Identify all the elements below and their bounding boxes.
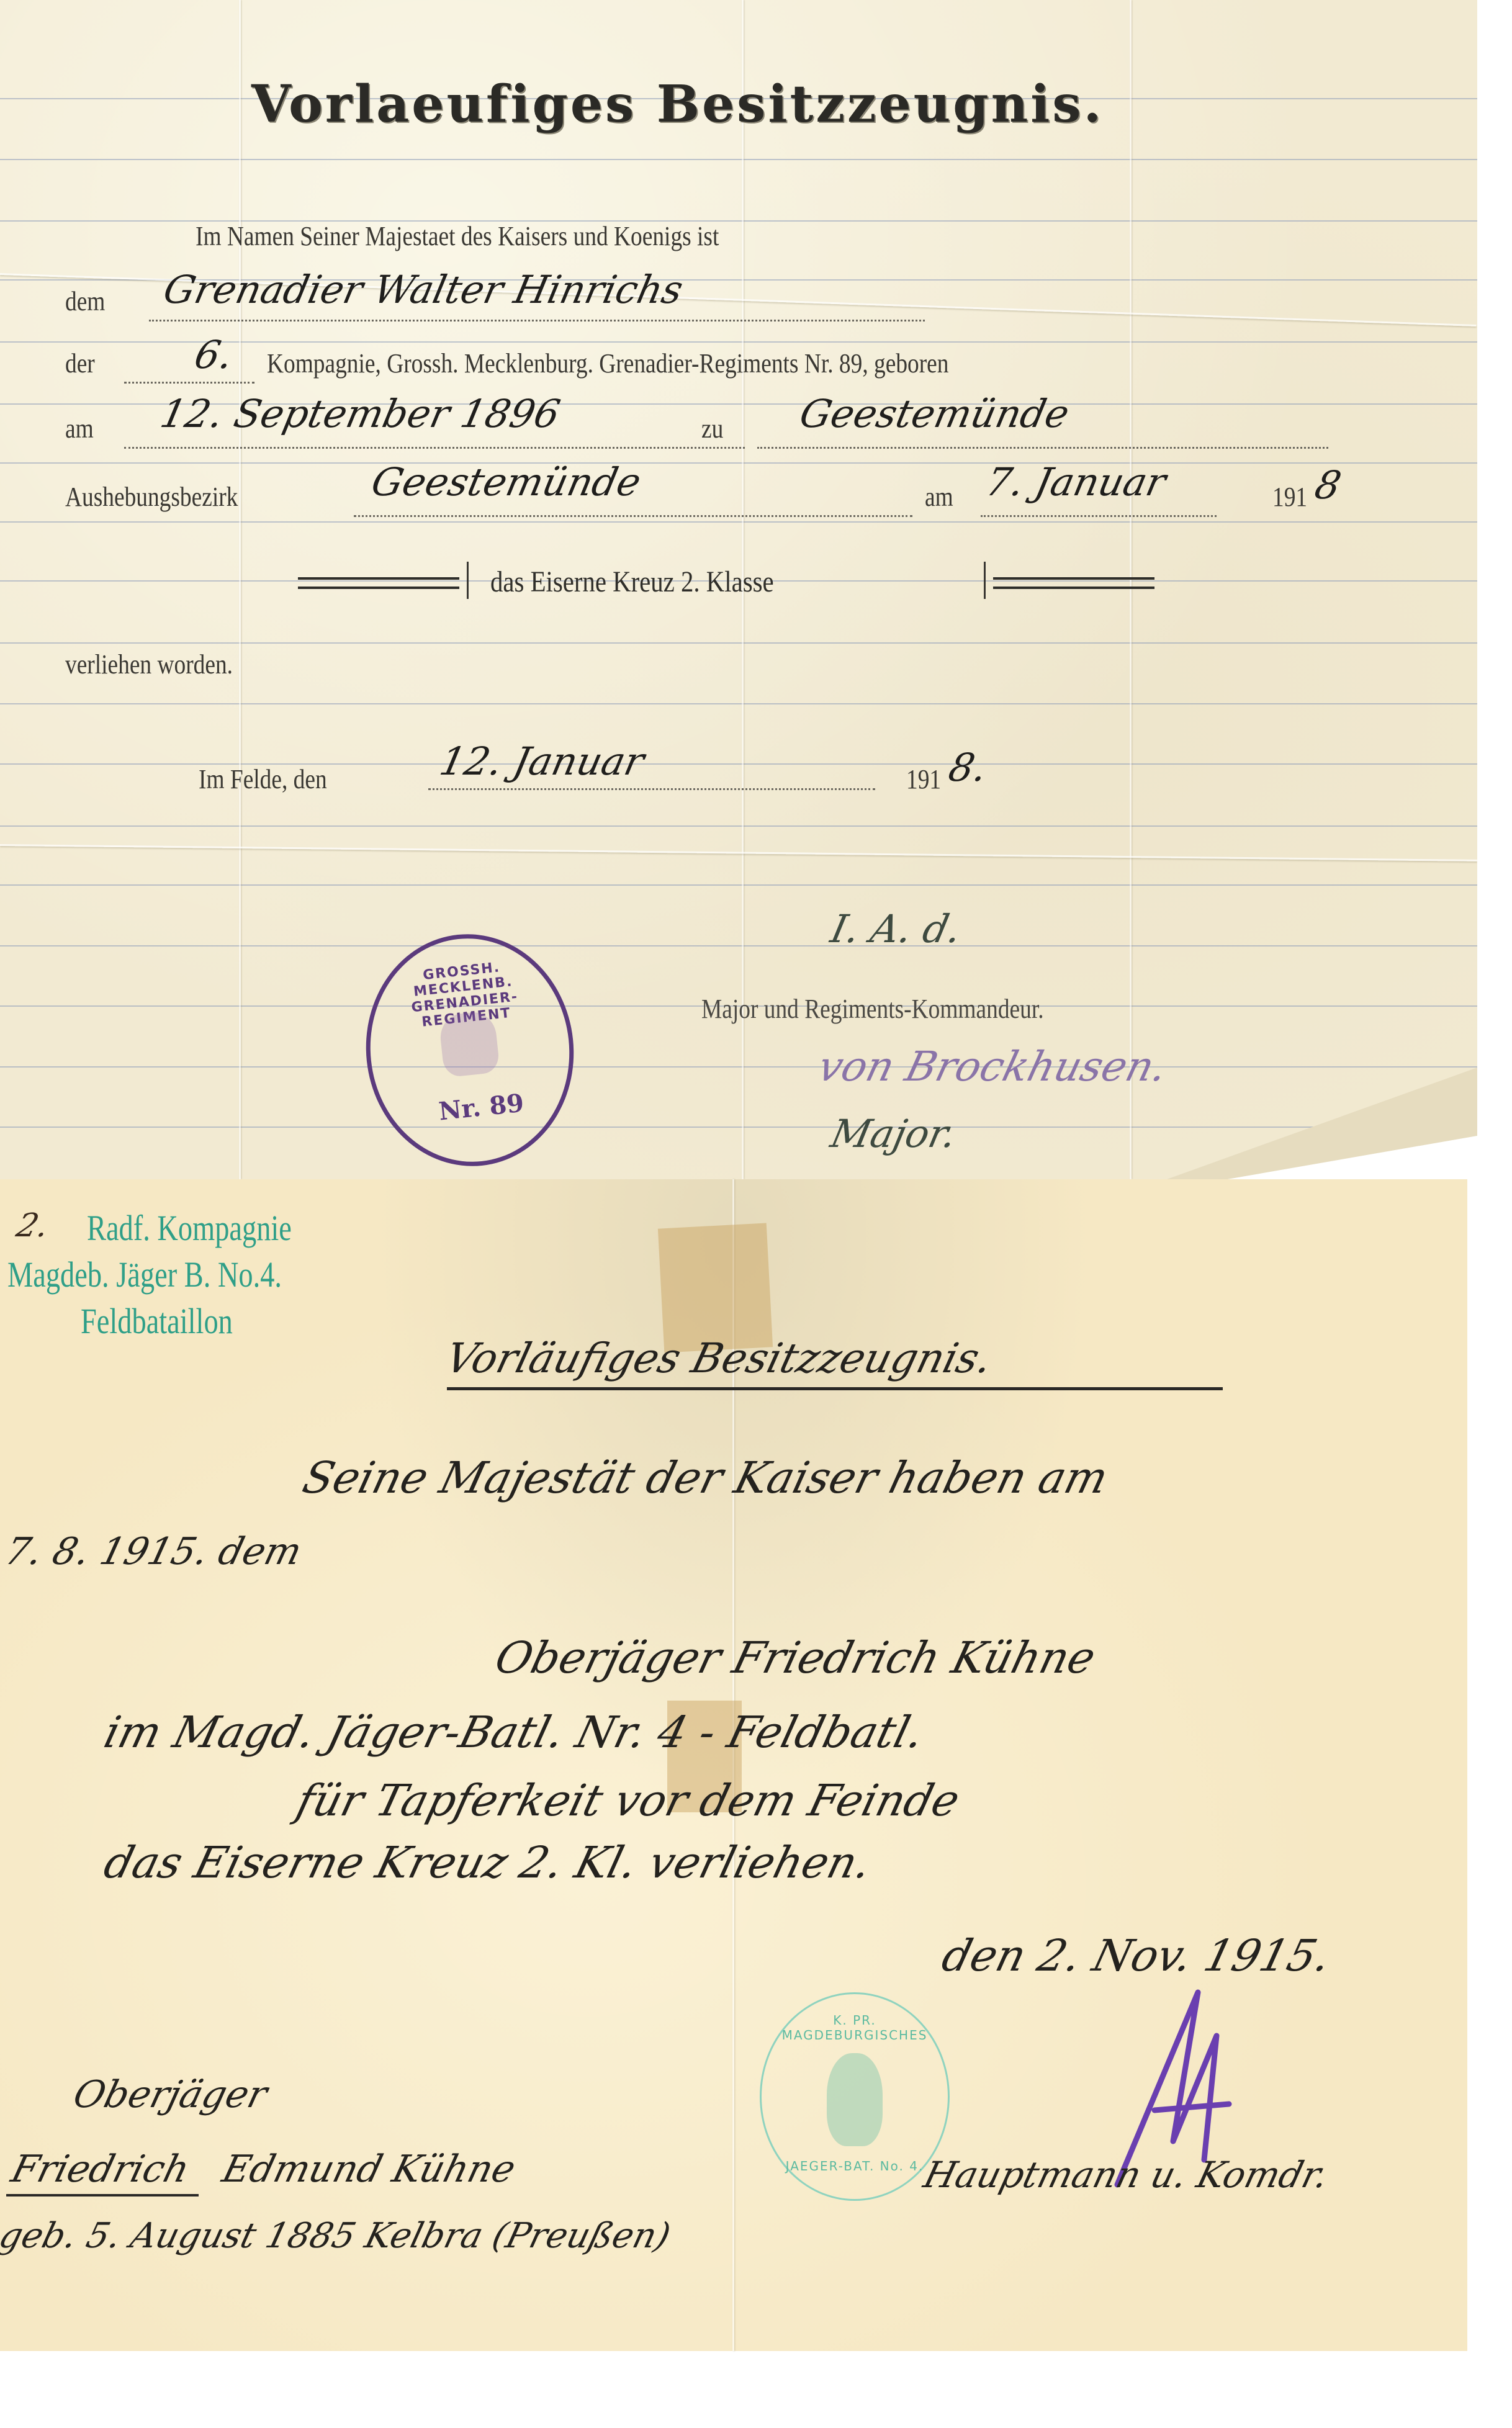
label-aushebungsbezirk: Aushebungsbezirk xyxy=(65,481,238,513)
eagle-emblem-icon xyxy=(827,2053,883,2146)
unit-stamp-line-3: Feldbataillon xyxy=(81,1303,233,1339)
body-line-5: für Tapferkeit vor dem Feinde xyxy=(292,1775,965,1826)
seal-ring-text-top: K. PR. MAGDEBURGISCHES xyxy=(768,2013,942,2043)
award-dash-left xyxy=(298,577,459,580)
label-dem: dem xyxy=(65,286,105,317)
fill-line xyxy=(428,788,875,790)
authority-abbreviation: I. A. d. xyxy=(827,906,965,951)
ruled-line xyxy=(0,825,1477,827)
ruled-line xyxy=(0,1126,1477,1128)
body-line-1: Seine Majestät der Kaiser haben am xyxy=(298,1452,1114,1503)
tape-patch xyxy=(658,1223,773,1353)
battalion-seal: K. PR. MAGDEBURGISCHES JAEGER-BAT. No. 4… xyxy=(760,1992,950,2201)
issue-year-suffix: 8. xyxy=(945,745,991,790)
recruitment-district: Geestemünde xyxy=(367,459,645,505)
stamp-number: Nr. 89 xyxy=(438,1089,526,1126)
fill-line xyxy=(354,515,912,517)
year-prefix: 191 xyxy=(1272,481,1307,513)
handwritten-title: Vorläufiges Besitzzeugnis. xyxy=(441,1334,997,1382)
company-number: 6. xyxy=(191,332,237,377)
award-bracket xyxy=(984,562,986,599)
place-date-label: Im Felde, den xyxy=(199,763,327,795)
ruled-line xyxy=(0,1066,1477,1068)
fill-line xyxy=(757,447,1328,449)
paper-crease xyxy=(0,844,1477,861)
regiment-text: Kompagnie, Grossh. Mecklenburg. Grenadie… xyxy=(267,348,948,379)
commander-signature: von Brockhusen. xyxy=(813,1043,1172,1090)
label-am: am xyxy=(65,413,94,444)
regiment-stamp: GROSSH. MECKLENB. GRENADIER-REGIMENT Nr.… xyxy=(354,924,585,1177)
body-line-6: das Eiserne Kreuz 2. Kl. verliehen. xyxy=(99,1837,876,1888)
holder-given-name: Friedrich xyxy=(7,2147,194,2191)
fill-line xyxy=(981,515,1217,517)
ruled-line xyxy=(0,462,1477,464)
holder-rank: Oberjäger xyxy=(69,2073,271,2116)
label-am-2: am xyxy=(925,481,953,513)
ruled-line xyxy=(0,945,1477,946)
fill-line xyxy=(124,382,254,384)
document-title: Vorlaeufiges Besitzzeugnis. xyxy=(251,74,1104,134)
fill-line xyxy=(124,447,745,449)
ruled-line xyxy=(0,521,1477,523)
body-line-2: 7. 8. 1915. dem xyxy=(1,1530,306,1573)
body-line-4: im Magd. Jäger-Batl. Nr. 4 - Feldbatl. xyxy=(99,1707,929,1758)
recipient-name: Grenadier Walter Hinrichs xyxy=(160,267,687,312)
holder-rest-name: Edmund Kühne xyxy=(218,2147,520,2191)
commander-title: Major und Regiments-Kommandeur. xyxy=(701,993,1044,1025)
ruled-line xyxy=(0,642,1477,644)
award-bracket xyxy=(467,562,469,599)
award-dash-right xyxy=(993,577,1154,580)
signature-rank: Major. xyxy=(827,1111,960,1156)
ruled-line xyxy=(0,159,1477,160)
seal-ring-text-bottom: JAEGER-BAT. No. 4. xyxy=(768,2159,942,2174)
unit-stamp-line-2: Magdeb. Jäger B. No.4. xyxy=(7,1257,282,1293)
body-line-3: Oberjäger Friedrich Kühne xyxy=(490,1632,1100,1683)
given-name-underline xyxy=(6,2194,199,2196)
award-dash-right xyxy=(993,587,1154,589)
paper-fold xyxy=(1130,0,1132,1179)
paper-fold xyxy=(239,0,241,1179)
issue-year-prefix: 191 xyxy=(906,763,941,795)
issue-date-1915: den 2. Nov. 1915. xyxy=(937,1930,1336,1981)
birth-place: Geestemünde xyxy=(796,391,1073,436)
year-suffix: 8 xyxy=(1311,462,1345,508)
title-underline xyxy=(447,1387,1223,1390)
conferred-text: verliehen worden. xyxy=(65,649,233,680)
signatory-title: Hauptmann u. Komdr. xyxy=(920,2154,1333,2196)
issue-date: 12. Januar xyxy=(436,739,648,784)
award-name: das Eiserne Kreuz 2. Klasse xyxy=(490,565,774,599)
ruled-line xyxy=(0,884,1477,886)
label-zu: zu xyxy=(701,413,723,444)
birth-date: 12. September 1896 xyxy=(156,391,564,436)
preamble-text: Im Namen Seiner Majestaet des Kaisers un… xyxy=(196,220,719,252)
fill-line xyxy=(149,320,925,321)
label-der: der xyxy=(65,348,95,379)
award-certificate-1918: Vorlaeufiges Besitzzeugnis. Im Namen Sei… xyxy=(0,0,1477,1179)
ruled-line xyxy=(0,703,1477,704)
award-dash-left xyxy=(298,587,459,589)
holder-birth: geb. 5. August 1885 Kelbra (Preußen) xyxy=(0,2216,675,2256)
unit-stamp-line-1: Radf. Kompagnie xyxy=(87,1210,292,1246)
recruitment-date: 7. Januar xyxy=(982,459,1170,505)
